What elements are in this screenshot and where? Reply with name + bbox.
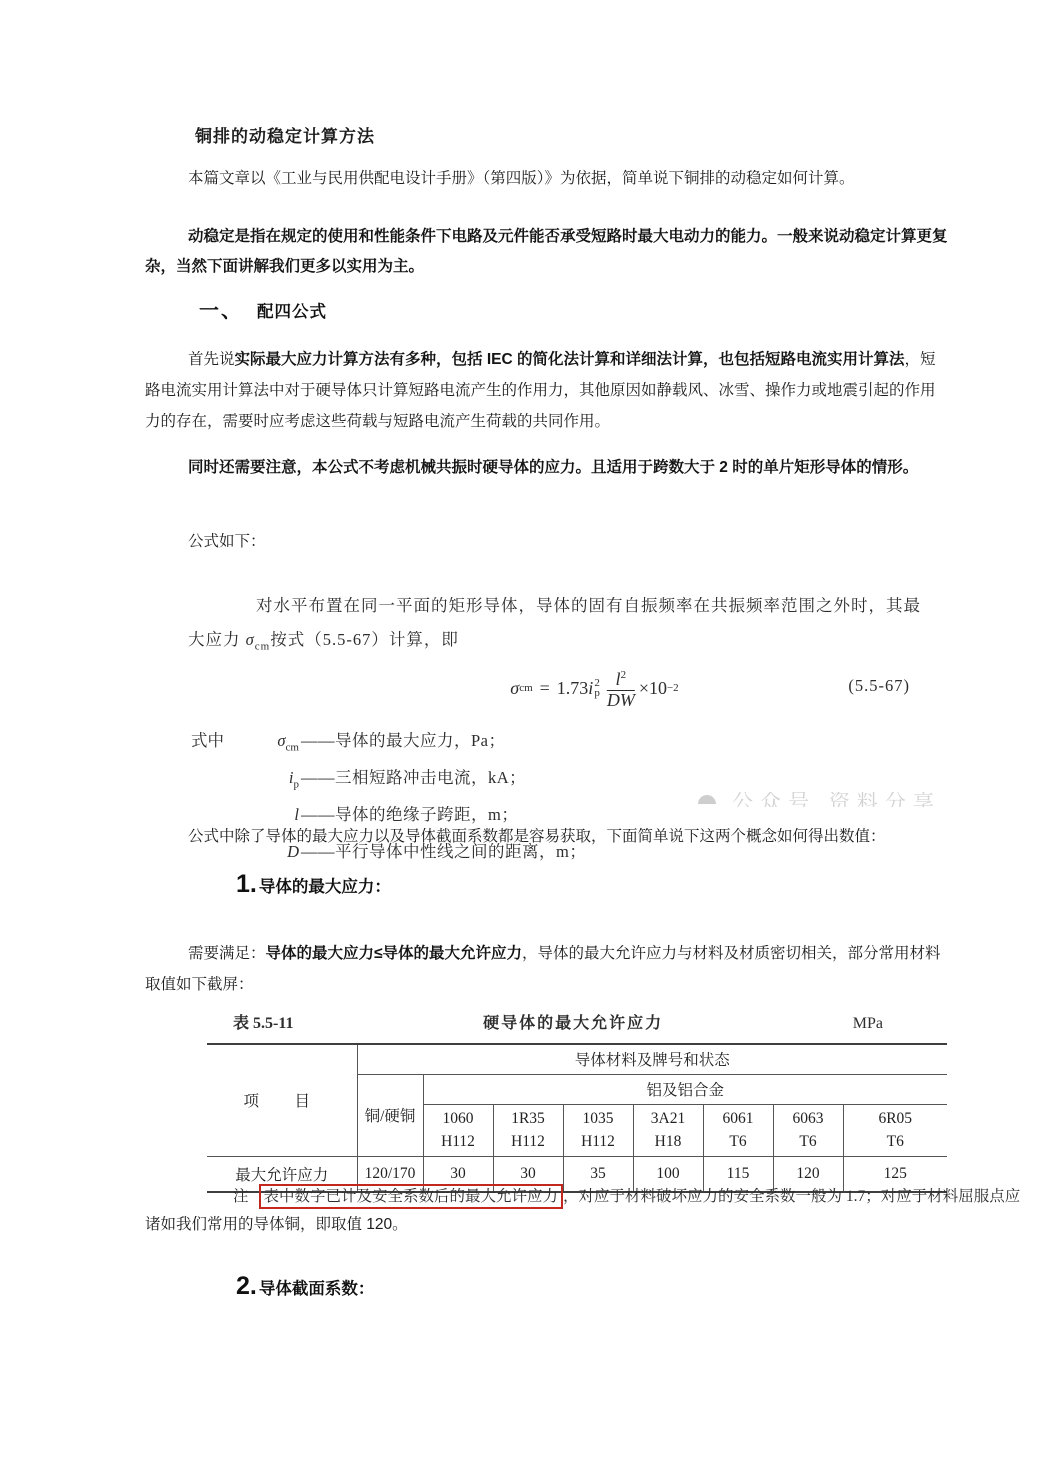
equals-sign: =: [540, 678, 550, 699]
dynamic-stability-paragraph: 动稳定是指在规定的使用和性能条件下电路及元件能否承受短路时最大电动力的能力。一般…: [145, 222, 949, 282]
formula-row: σcm = 1.73 i 2p l2 DW ×10−2 (5.5-67): [183, 664, 950, 710]
grade-cell: 3A21H18: [633, 1104, 703, 1156]
section-heading-formula: 一、 配四公式: [199, 294, 327, 323]
subheading-label: 导体截面系数：: [259, 1275, 375, 1299]
table-title: 硬导体的最大允许应力: [293, 1010, 852, 1033]
allowable-stress-table: 项 目 导体材料及牌号和状态 铜/硬铜 铝及铝合金 1060H112 1R35H…: [207, 1043, 947, 1193]
scan-text-line-1: 对水平布置在同一平面的矩形导体，导体的固有自振频率在共振频率范围之外时，其最: [183, 592, 950, 616]
definition-row: 式中 σcm ——导体的最大应力，Pa；: [183, 726, 950, 763]
table-caption-row: 表 5.5-11 硬导体的最大允许应力 MPa: [207, 1010, 947, 1033]
document-page: 铜排的动稳定计算方法 本篇文章以《工业与民用供配电设计手册》（第四版）》为依据，…: [0, 0, 1042, 1474]
grade-cell: 1R35H112: [493, 1104, 563, 1156]
formula-leadin: 公式如下：: [145, 527, 949, 557]
methods-paragraph: 首先说实际最大应力计算方法有多种，包括 IEC 的简化法计算和详细法计算，也包括…: [145, 344, 949, 437]
header-material-state-cell: 导体材料及牌号和状态: [357, 1044, 947, 1074]
subheading-label: 导体的最大应力：: [259, 873, 391, 897]
subheading-number: 2.: [236, 1272, 257, 1301]
multiplier: ×10: [639, 678, 667, 699]
grade-cell: 6063T6: [773, 1104, 843, 1156]
impulse-current-symbol: i: [588, 678, 593, 699]
grade-cell: 1060H112: [423, 1104, 493, 1156]
copper-value-paragraph: 诸如我们常用的导体铜，即取值 120。: [145, 1210, 949, 1240]
sigma-symbol: σ: [246, 630, 255, 649]
requirement-bold: 导体的最大应力≤导体的最大允许应力: [266, 945, 523, 962]
grade-cell: 6061T6: [703, 1104, 773, 1156]
section-number: 一、: [199, 294, 243, 323]
requirement-prefix: 需要满足：: [188, 945, 266, 962]
page-title: 铜排的动稳定计算方法: [195, 122, 375, 147]
max-stress-formula: σcm = 1.73 i 2p l2 DW ×10−2: [510, 666, 678, 710]
header-copper-cell: 铜/硬铜: [357, 1074, 423, 1156]
note-rest: ，对应于材料破坏应力的安全系数一般为 1.7；对应于材料屈服点应: [563, 1188, 1020, 1205]
intro-paragraph: 本篇文章以《工业与民用供配电设计手册》（第四版）》为依据，简单说下铜排的动稳定如…: [145, 164, 949, 194]
scanned-formula-region: 对水平布置在同一平面的矩形导体，导体的固有自振频率在共振频率范围之外时，其最 大…: [183, 592, 950, 820]
section-label: 配四公式: [257, 298, 327, 322]
span-fraction: l2 DW: [607, 666, 635, 710]
requirement-paragraph: 需要满足：导体的最大应力≤导体的最大允许应力，导体的最大允许应力与材料及材质密切…: [145, 938, 949, 1000]
subheading-section-modulus: 2. 导体截面系数：: [236, 1272, 374, 1301]
where-label: 式中: [191, 726, 233, 763]
table-number: 表 5.5-11: [233, 1010, 293, 1033]
subheading-number: 1.: [236, 870, 257, 899]
watermark-text: 公众号 资料分享: [732, 792, 941, 807]
equation-number: (5.5-67): [848, 676, 910, 696]
grade-cell: 6R05T6: [843, 1104, 947, 1156]
watermark-logo-icon: [698, 795, 716, 804]
header-item-cell: 项 目: [207, 1044, 357, 1156]
subheading-max-stress: 1. 导体的最大应力：: [236, 870, 391, 899]
current-supsub: 2p: [594, 678, 600, 698]
table-unit: MPa: [853, 1015, 883, 1033]
table-note: 注表中数字已计及安全系数后的最大允许应力，对应于材料破坏应力的安全系数一般为 1…: [233, 1183, 1035, 1211]
grade-cell: 1035H112: [563, 1104, 633, 1156]
scanned-table-region: 表 5.5-11 硬导体的最大允许应力 MPa 项 目 导体材料及牌号和状态 铜…: [180, 1010, 1000, 1193]
scan-text-line-2: 大应力 σcm按式（5.5-67）计算，即: [183, 626, 950, 652]
coefficient: 1.73: [557, 678, 589, 699]
header-aluminum-group-cell: 铝及铝合金: [423, 1074, 947, 1104]
note-label: 注: [233, 1188, 249, 1205]
resonance-note-paragraph: 同时还需要注意，本公式不考虑机械共振时硬导体的应力。且适用于跨数大于 2 时的单…: [145, 453, 949, 483]
transition-paragraph: 公式中除了导体的最大应力以及导体截面系数都是容易获取，下面简单说下这两个概念如何…: [145, 822, 949, 852]
methods-prefix: 首先说: [188, 351, 235, 368]
methods-bold: 实际最大应力计算方法有多种，包括 IEC 的简化法计算和详细法计算，也包括短路电…: [235, 351, 905, 368]
formula-lhs: σ: [510, 678, 519, 699]
watermark: 公众号 资料分享: [698, 792, 958, 807]
note-highlight-box: 表中数字已计及安全系数后的最大允许应力: [259, 1184, 564, 1209]
